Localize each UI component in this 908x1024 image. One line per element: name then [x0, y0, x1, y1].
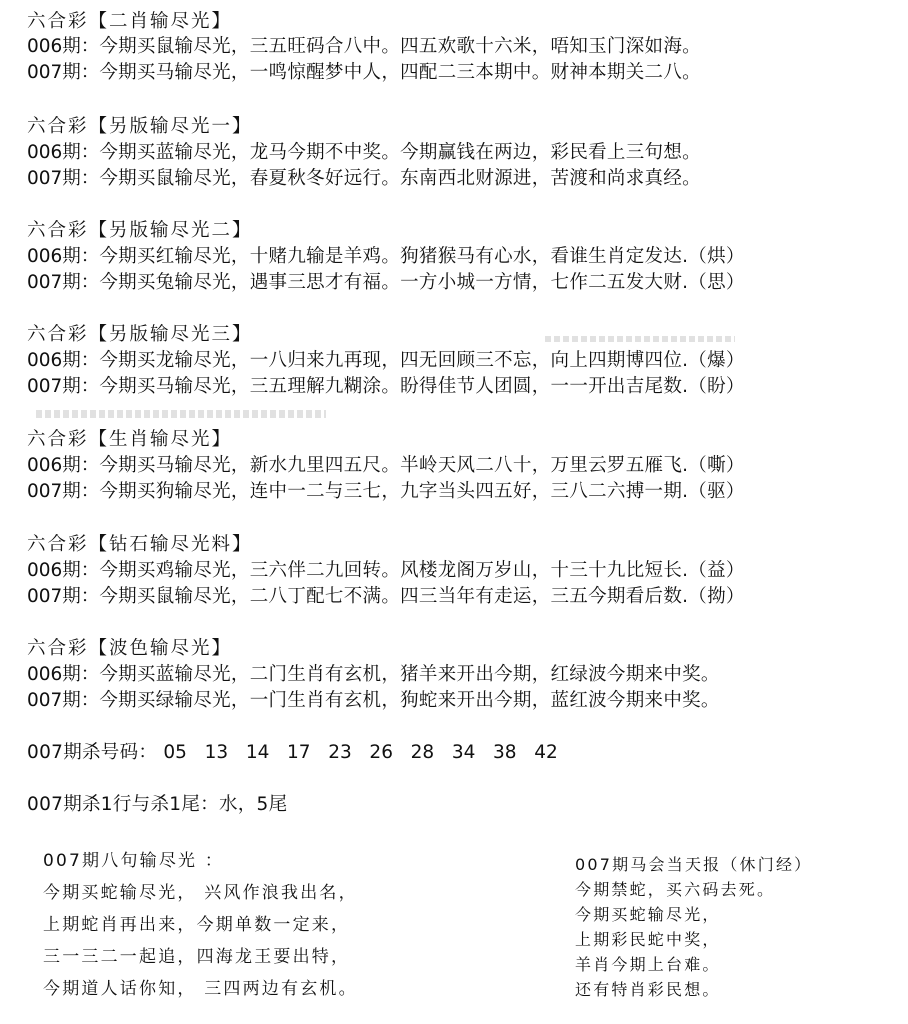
scan-artifact — [545, 336, 735, 342]
poem-line: 上期彩民蛇中奖， — [575, 927, 812, 952]
poem-left: 007期八句输尽光 ： 今期买蛇输尽光， 兴风作浪我出名， 上期蛇肖再出来，今期… — [43, 845, 358, 1005]
kill-number: 14 — [246, 742, 270, 763]
row-text: 今期买绿输尽光，一门生肖有玄机，狗蛇来开出今期，蓝红波今期来中奖。 — [99, 690, 719, 711]
poem-line: 上期蛇肖再出来，今期单数一定来， — [43, 909, 358, 941]
kill-number: 26 — [369, 742, 393, 763]
row-text: 今期买鼠输尽光，春夏秋冬好远行。东南西北财源进，苦渡和尚求真经。 — [99, 168, 701, 189]
section-title: 六合彩【钻石输尽光料】 — [27, 533, 253, 557]
kill-number: 38 — [493, 742, 517, 763]
kill-number: 34 — [452, 742, 476, 763]
kill-number: 23 — [328, 742, 352, 763]
section-row: 007期：今期买马输尽光，三五理解九糊涂。盼得佳节人团圆，一一开出吉尾数.（盼） — [27, 375, 745, 399]
row-text: 今期买马输尽光，新水九里四五尺。半岭天风二八十，万里云罗五雁飞.（嘶） — [99, 455, 744, 476]
period-label: 006期： — [27, 36, 99, 57]
section-row: 007期：今期买鼠输尽光，春夏秋冬好远行。东南西北财源进，苦渡和尚求真经。 — [27, 167, 701, 191]
period-label: 007期： — [27, 62, 99, 83]
section-row: 006期：今期买龙输尽光，一八归来九再现，四无回顾三不忘，向上四期博四位.（爆） — [27, 349, 745, 373]
period-label: 007期： — [27, 272, 99, 293]
section-title: 六合彩【另版输尽光二】 — [27, 219, 253, 243]
poem-line: 今期禁蛇，买六码去死。 — [575, 877, 812, 902]
kill-numbers-label: 007期杀号码： — [27, 742, 157, 763]
period-label: 006期： — [27, 246, 99, 267]
section-title: 六合彩【二肖输尽光】 — [27, 10, 232, 34]
row-text: 今期买马输尽光，三五理解九糊涂。盼得佳节人团圆，一一开出吉尾数.（盼） — [99, 376, 744, 397]
section-row: 007期：今期买鼠输尽光，二八丁配七不满。四三当年有走运，三五今期看后数.（拗） — [27, 585, 745, 609]
kill-number: 13 — [205, 742, 229, 763]
section-row: 006期：今期买鸡输尽光，三六伴二九回转。风楼龙阁万岁山，十三十九比短长.（益） — [27, 559, 745, 583]
kill-numbers-row: 007期杀号码： 05 13 14 17 23 26 28 34 38 42 — [27, 741, 558, 765]
poem-line: 羊肖今期上台难。 — [575, 952, 812, 977]
row-text: 今期买蓝输尽光，龙马今期不中奖。今期赢钱在两边，彩民看上三句想。 — [99, 142, 701, 163]
period-label: 006期： — [27, 664, 99, 685]
section-row: 006期：今期买马输尽光，新水九里四五尺。半岭天风二八十，万里云罗五雁飞.（嘶） — [27, 454, 745, 478]
poem-line: 今期买蛇输尽光， 兴风作浪我出名， — [43, 877, 358, 909]
poem-line: 还有特肖彩民想。 — [575, 977, 812, 1002]
poem-line: 三一三二一起追，四海龙王要出特， — [43, 941, 358, 973]
section-title: 六合彩【波色输尽光】 — [27, 637, 232, 661]
kill-number: 17 — [287, 742, 311, 763]
kill-number: 42 — [534, 742, 558, 763]
period-label: 006期： — [27, 142, 99, 163]
section-row: 006期：今期买蓝输尽光，二门生肖有玄机，猪羊来开出今期，红绿波今期来中奖。 — [27, 663, 720, 687]
row-text: 今期买鼠输尽光，二八丁配七不满。四三当年有走运，三五今期看后数.（拗） — [99, 586, 744, 607]
section-title: 六合彩【生肖输尽光】 — [27, 428, 232, 452]
section-row: 007期：今期买马输尽光，一鸣惊醒梦中人，四配二三本期中。财神本期关二八。 — [27, 61, 701, 85]
row-text: 今期买马输尽光，一鸣惊醒梦中人，四配二三本期中。财神本期关二八。 — [99, 62, 701, 83]
row-text: 今期买红输尽光，十赌九输是羊鸡。狗猪猴马有心水，看谁生肖定发达.（烘） — [99, 246, 744, 267]
section-row: 007期：今期买兔输尽光，遇事三思才有福。一方小城一方情，七作二五发大财.（思） — [27, 271, 745, 295]
kill-number: 05 — [163, 742, 187, 763]
section-row: 006期：今期买鼠输尽光，三五旺码合八中。四五欢歌十六米，唔知玉门深如海。 — [27, 35, 701, 59]
period-label: 006期： — [27, 455, 99, 476]
section-row: 007期：今期买绿输尽光，一门生肖有玄机，狗蛇来开出今期，蓝红波今期来中奖。 — [27, 689, 720, 713]
poem-title: 007期八句输尽光 ： — [43, 845, 358, 877]
section-title: 六合彩【另版输尽光三】 — [27, 323, 253, 347]
kill-row-tail: 007期杀1行与杀1尾：水，5尾 — [27, 793, 287, 817]
poem-line: 今期买蛇输尽光， — [575, 902, 812, 927]
section-row: 007期：今期买狗输尽光，连中一二与三七，九字当头四五好，三八二六搏一期.（驱） — [27, 480, 745, 504]
row-text: 今期买鼠输尽光，三五旺码合八中。四五欢歌十六米，唔知玉门深如海。 — [99, 36, 701, 57]
section-title: 六合彩【另版输尽光一】 — [27, 115, 253, 139]
period-label: 007期： — [27, 481, 99, 502]
row-text: 今期买鸡输尽光，三六伴二九回转。风楼龙阁万岁山，十三十九比短长.（益） — [99, 560, 744, 581]
period-label: 007期： — [27, 586, 99, 607]
row-text: 今期买狗输尽光，连中一二与三七，九字当头四五好，三八二六搏一期.（驱） — [99, 481, 744, 502]
poem-right: 007期马会当天报（休门经） 今期禁蛇，买六码去死。 今期买蛇输尽光， 上期彩民… — [575, 852, 812, 1002]
kill-number: 28 — [411, 742, 435, 763]
period-label: 007期： — [27, 690, 99, 711]
period-label: 007期： — [27, 168, 99, 189]
scan-artifact — [36, 410, 326, 418]
section-row: 006期：今期买红输尽光，十赌九输是羊鸡。狗猪猴马有心水，看谁生肖定发达.（烘） — [27, 245, 745, 269]
period-label: 006期： — [27, 350, 99, 371]
period-label: 007期： — [27, 376, 99, 397]
poem-line: 今期道人话你知， 三四两边有玄机。 — [43, 973, 358, 1005]
poem-title: 007期马会当天报（休门经） — [575, 852, 812, 877]
section-row: 006期：今期买蓝输尽光，龙马今期不中奖。今期赢钱在两边，彩民看上三句想。 — [27, 141, 701, 165]
period-label: 006期： — [27, 560, 99, 581]
row-text: 今期买蓝输尽光，二门生肖有玄机，猪羊来开出今期，红绿波今期来中奖。 — [99, 664, 719, 685]
row-text: 今期买兔输尽光，遇事三思才有福。一方小城一方情，七作二五发大财.（思） — [99, 272, 744, 293]
row-text: 今期买龙输尽光，一八归来九再现，四无回顾三不忘，向上四期博四位.（爆） — [99, 350, 744, 371]
